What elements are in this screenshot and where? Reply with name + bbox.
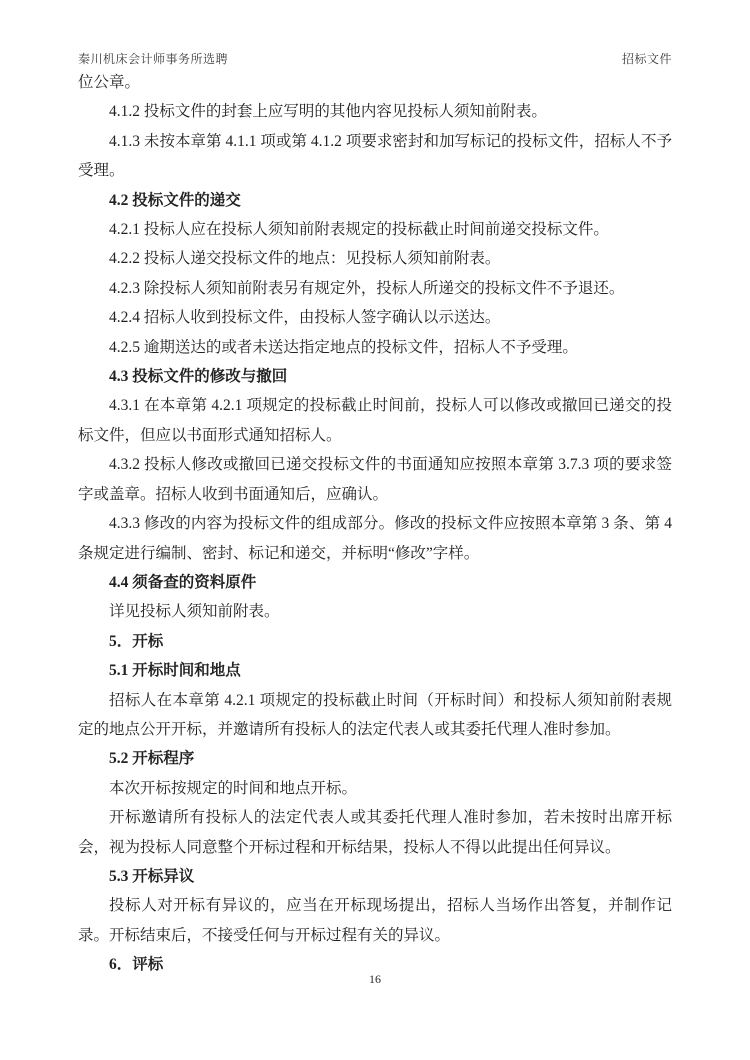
paragraph: 4.3.3 修改的内容为投标文件的组成部分。修改的投标文件应按照本章第 3 条、… — [78, 509, 672, 568]
paragraph: 4.1.2 投标文件的封套上应写明的其他内容见投标人须知前附表。 — [78, 97, 672, 126]
paragraph: 招标人在本章第 4.2.1 项规定的投标截止时间（开标时间）和投标人须知前附表规… — [78, 686, 672, 745]
paragraph: 本次开标按规定的时间和地点开标。 — [78, 774, 672, 803]
paragraph: 投标人对开标有异议的，应当在开标现场提出，招标人当场作出答复，并制作记录。开标结… — [78, 891, 672, 950]
paragraph: 4.2.1 投标人应在投标人须知前附表规定的投标截止时间前递交投标文件。 — [78, 215, 672, 244]
paragraph: 详见投标人须知前附表。 — [78, 597, 672, 626]
section-heading: 5.3 开标异议 — [78, 862, 672, 891]
paragraph: 4.2.4 招标人收到投标文件，由投标人签字确认以示送达。 — [78, 303, 672, 332]
paragraph: 4.3.1 在本章第 4.2.1 项规定的投标截止时间前，投标人可以修改或撤回已… — [78, 391, 672, 450]
header-right-title: 招标文件 — [622, 50, 672, 67]
section-heading: 5.1 开标时间和地点 — [78, 656, 672, 685]
paragraph: 4.2.3 除投标人须知前附表另有规定外，投标人所递交的投标文件不予退还。 — [78, 274, 672, 303]
document-body: 位公章。4.1.2 投标文件的封套上应写明的其他内容见投标人须知前附表。4.1.… — [78, 68, 672, 980]
section-heading: 4.3 投标文件的修改与撤回 — [78, 362, 672, 391]
page-footer: 16 — [0, 972, 750, 987]
page-number: 16 — [369, 972, 381, 986]
section-heading: 4.2 投标文件的递交 — [78, 186, 672, 215]
paragraph: 4.2.2 投标人递交投标文件的地点：见投标人须知前附表。 — [78, 244, 672, 273]
section-heading: 5.2 开标程序 — [78, 744, 672, 773]
paragraph: 开标邀请所有投标人的法定代表人或其委托代理人准时参加，若未按时出席开标会，视为投… — [78, 803, 672, 862]
section-heading: 5．开标 — [78, 627, 672, 656]
paragraph: 位公章。 — [78, 68, 672, 97]
header-left-title: 秦川机床会计师事务所选聘 — [78, 50, 228, 67]
paragraph: 4.2.5 逾期送达的或者未送达指定地点的投标文件，招标人不予受理。 — [78, 333, 672, 362]
paragraph: 4.1.3 未按本章第 4.1.1 项或第 4.1.2 项要求密封和加写标记的投… — [78, 127, 672, 186]
page-header: 秦川机床会计师事务所选聘 招标文件 — [78, 50, 672, 67]
paragraph: 4.3.2 投标人修改或撤回已递交投标文件的书面通知应按照本章第 3.7.3 项… — [78, 450, 672, 509]
document-page: 秦川机床会计师事务所选聘 招标文件 位公章。4.1.2 投标文件的封套上应写明的… — [0, 0, 750, 1060]
section-heading: 4.4 须备查的资料原件 — [78, 568, 672, 597]
